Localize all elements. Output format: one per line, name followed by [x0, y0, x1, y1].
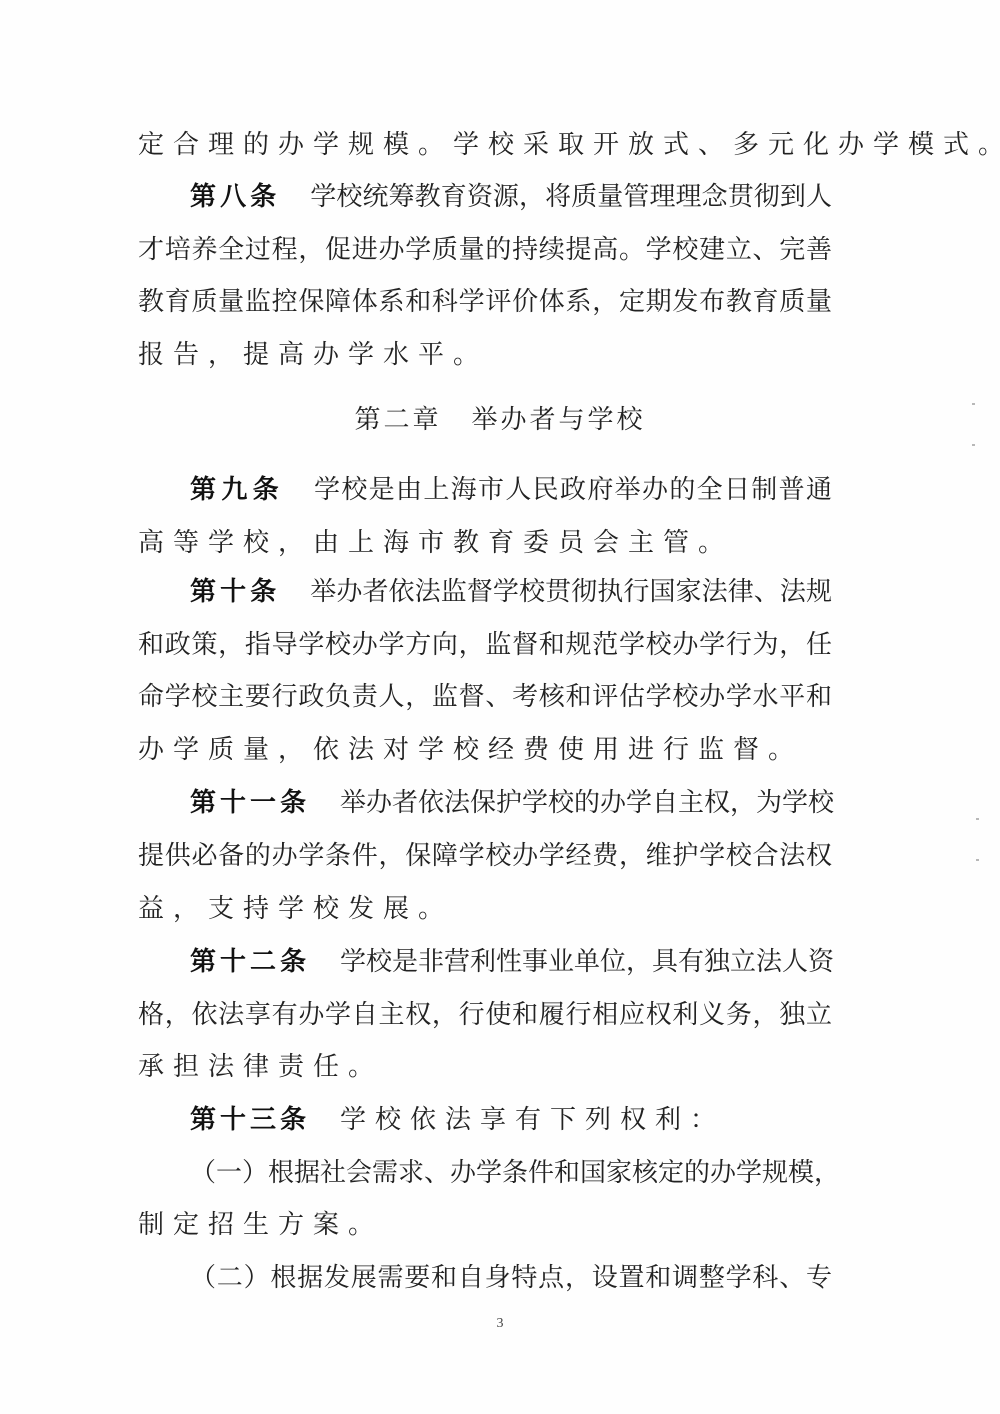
article-12-first-line: 第十二条学校是非营利性事业单位，具有独立法人资 [190, 945, 832, 979]
article-number: 第十三条 [190, 1105, 310, 1135]
text-line: 定合理的办学规模。学校采取开放式、多元化办学模式。 [138, 128, 1000, 162]
article-10-first-line: 第十条举办者依法监督学校贯彻执行国家法律、法规 [190, 575, 832, 609]
text-line: 和政策，指导学校办学方向，监督和规范学校办学行为，任 [138, 628, 832, 662]
text-line: 承担法律责任。 [138, 1050, 383, 1084]
article-9-first-line: 第九条学校是由上海市人民政府举办的全日制普通 [190, 473, 832, 507]
article-number: 第九条 [190, 475, 284, 505]
list-item-1-first-line: （一）根据社会需求、办学条件和国家核定的办学规模， [190, 1156, 832, 1190]
text-line: 才培养全过程，促进办学质量的持续提高。学校建立、完善 [138, 233, 832, 267]
text-line: 命学校主要行政负责人，监督、考核和评估学校办学水平和 [138, 680, 832, 714]
scan-speck [976, 859, 979, 861]
article-number: 第十二条 [190, 947, 310, 977]
chapter-heading: 第二章举办者与学校 [0, 403, 1000, 437]
scan-speck [972, 444, 975, 446]
article-text: 学校是由上海市人民政府举办的全日制普通 [314, 475, 832, 505]
text-line: 提供必备的办学条件，保障学校办学经费，维护学校合法权 [138, 839, 832, 873]
article-text: 举办者依法监督学校贯彻执行国家法律、法规 [310, 577, 832, 607]
text-line: 报告，提高办学水平。 [138, 338, 488, 372]
article-text: 学校统筹教育资源，将质量管理理念贯彻到人 [310, 182, 832, 212]
article-number: 第八条 [190, 182, 280, 212]
text-line: 益，支持学校发展。 [138, 892, 453, 926]
page-number: 3 [0, 1316, 1000, 1332]
text-line: 办学质量，依法对学校经费使用进行监督。 [138, 733, 803, 767]
list-item-2-first-line: （二）根据发展需要和自身特点，设置和调整学科、专 [190, 1261, 832, 1295]
chapter-number: 第二章 [354, 405, 441, 435]
text-line: 制定招生方案。 [138, 1208, 383, 1242]
text-line: 教育质量监控保障体系和科学评价体系，定期发布教育质量 [138, 285, 832, 319]
article-text: 学校依法享有下列权利： [340, 1105, 725, 1135]
article-text: 学校是非营利性事业单位，具有独立法人资 [340, 947, 834, 977]
article-number: 第十一条 [190, 788, 310, 818]
text-line: 格，依法享有办学自主权，行使和履行相应权利义务，独立 [138, 998, 832, 1032]
scan-speck [976, 818, 979, 820]
article-8-first-line: 第八条学校统筹教育资源，将质量管理理念贯彻到人 [190, 180, 832, 214]
article-11-first-line: 第十一条举办者依法保护学校的办学自主权，为学校 [190, 786, 832, 820]
scan-speck [972, 403, 975, 405]
article-text: 举办者依法保护学校的办学自主权，为学校 [340, 788, 834, 818]
article-13-first-line: 第十三条学校依法享有下列权利： [190, 1103, 725, 1137]
document-page: 定合理的办学规模。学校采取开放式、多元化办学模式。 第八条学校统筹教育资源，将质… [0, 0, 1000, 1414]
chapter-title: 举办者与学校 [472, 405, 646, 435]
article-number: 第十条 [190, 577, 280, 607]
text-line: 高等学校，由上海市教育委员会主管。 [138, 526, 733, 560]
